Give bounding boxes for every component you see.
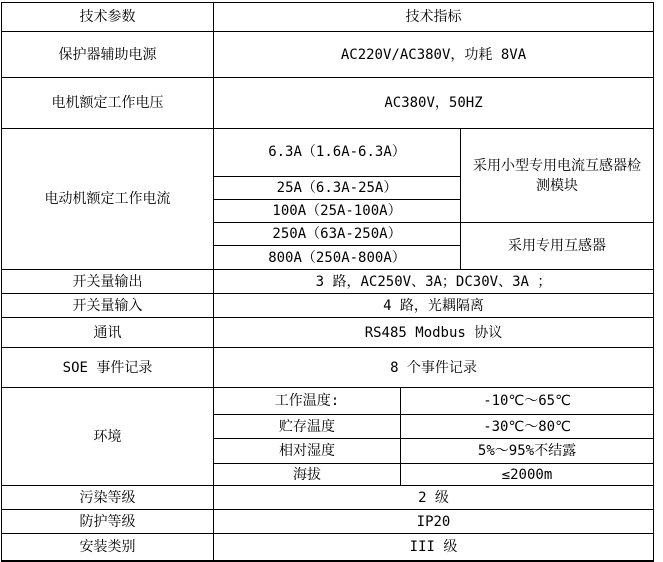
- table-section-environment: 环境 工作温度: 贮存温度 相对湿度 海拔 -10℃～65℃ -30℃～80℃ …: [2, 387, 653, 485]
- table-row-switch-input: 开关量输入 4 路，光耦隔离: [2, 293, 653, 317]
- param-label: SOE 事件记录: [2, 348, 213, 387]
- param-label: 通讯: [2, 318, 213, 347]
- table-row-aux-power: 保护器辅助电源 AC220V/AC380V，功耗 8VA: [2, 31, 653, 77]
- table-row-soe-record: SOE 事件记录 8 个事件记录: [2, 347, 653, 387]
- current-range: 800A（250A-800A）: [214, 245, 460, 269]
- param-label: 电动机额定工作电流: [2, 129, 213, 269]
- environment-names-column: 工作温度: 贮存温度 相对湿度 海拔: [213, 388, 400, 485]
- param-value: 4 路，光耦隔离: [213, 294, 653, 317]
- table-row-protection-rating: 防护等级 IP20: [2, 509, 653, 533]
- param-label: 安装类别: [2, 534, 213, 560]
- param-label: 开关量输入: [2, 294, 213, 317]
- current-note: 采用专用互感器: [461, 222, 653, 269]
- current-ranges-column: 6.3A（1.6A-6.3A） 25A（6.3A-25A） 100A（25A-1…: [213, 129, 460, 269]
- param-value: AC380V，50HZ: [213, 78, 653, 128]
- current-note: 采用小型专用电流互感器检测模块: [461, 129, 653, 222]
- environment-value: -10℃～65℃: [401, 388, 653, 414]
- header-param-cell: 技术参数: [2, 3, 213, 31]
- param-label: 电机额定工作电压: [2, 78, 213, 128]
- header-row: 技术参数 技术指标: [2, 3, 653, 31]
- param-value: 8 个事件记录: [213, 348, 653, 387]
- param-value: 3 路，AC250V、3A；DC30V、3A ；: [213, 270, 653, 293]
- environment-value: -30℃～80℃: [401, 414, 653, 439]
- environment-values-column: -10℃～65℃ -30℃～80℃ 5%～95%不结露 ≤2000m: [400, 388, 653, 485]
- table-row-switch-output: 开关量输出 3 路，AC250V、3A；DC30V、3A ；: [2, 269, 653, 293]
- table-row-rated-voltage: 电机额定工作电压 AC380V，50HZ: [2, 77, 653, 128]
- table-row-pollution-degree: 污染等级 2 级: [2, 485, 653, 509]
- environment-value: ≤2000m: [401, 463, 653, 485]
- environment-value: 5%～95%不结露: [401, 438, 653, 463]
- table-row-installation-category: 安装类别 III 级: [2, 533, 653, 560]
- current-notes-column: 采用小型专用电流互感器检测模块 采用专用互感器: [460, 129, 653, 269]
- environment-name: 相对湿度: [214, 438, 400, 463]
- current-range: 250A（63A-250A）: [214, 222, 460, 245]
- table-section-rated-current: 电动机额定工作电流 6.3A（1.6A-6.3A） 25A（6.3A-25A） …: [2, 128, 653, 269]
- param-value: IP20: [213, 510, 653, 533]
- environment-name: 工作温度:: [214, 388, 400, 414]
- spec-table: 技术参数 技术指标 保护器辅助电源 AC220V/AC380V，功耗 8VA 电…: [1, 2, 654, 562]
- param-label: 开关量输出: [2, 270, 213, 293]
- param-value: RS485 Modbus 协议: [213, 318, 653, 347]
- param-value: III 级: [213, 534, 653, 560]
- table-row-communication: 通讯 RS485 Modbus 协议: [2, 317, 653, 347]
- param-value: 2 级: [213, 486, 653, 509]
- environment-name: 海拔: [214, 463, 400, 485]
- header-indicator-cell: 技术指标: [213, 3, 653, 31]
- param-label: 防护等级: [2, 510, 213, 533]
- param-label: 污染等级: [2, 486, 213, 509]
- current-range: 100A（25A-100A）: [214, 199, 460, 222]
- param-label: 环境: [2, 388, 213, 485]
- current-range: 25A（6.3A-25A）: [214, 176, 460, 200]
- param-value: AC220V/AC380V，功耗 8VA: [213, 32, 653, 77]
- param-label: 保护器辅助电源: [2, 32, 213, 77]
- environment-name: 贮存温度: [214, 414, 400, 439]
- current-range: 6.3A（1.6A-6.3A）: [214, 129, 460, 176]
